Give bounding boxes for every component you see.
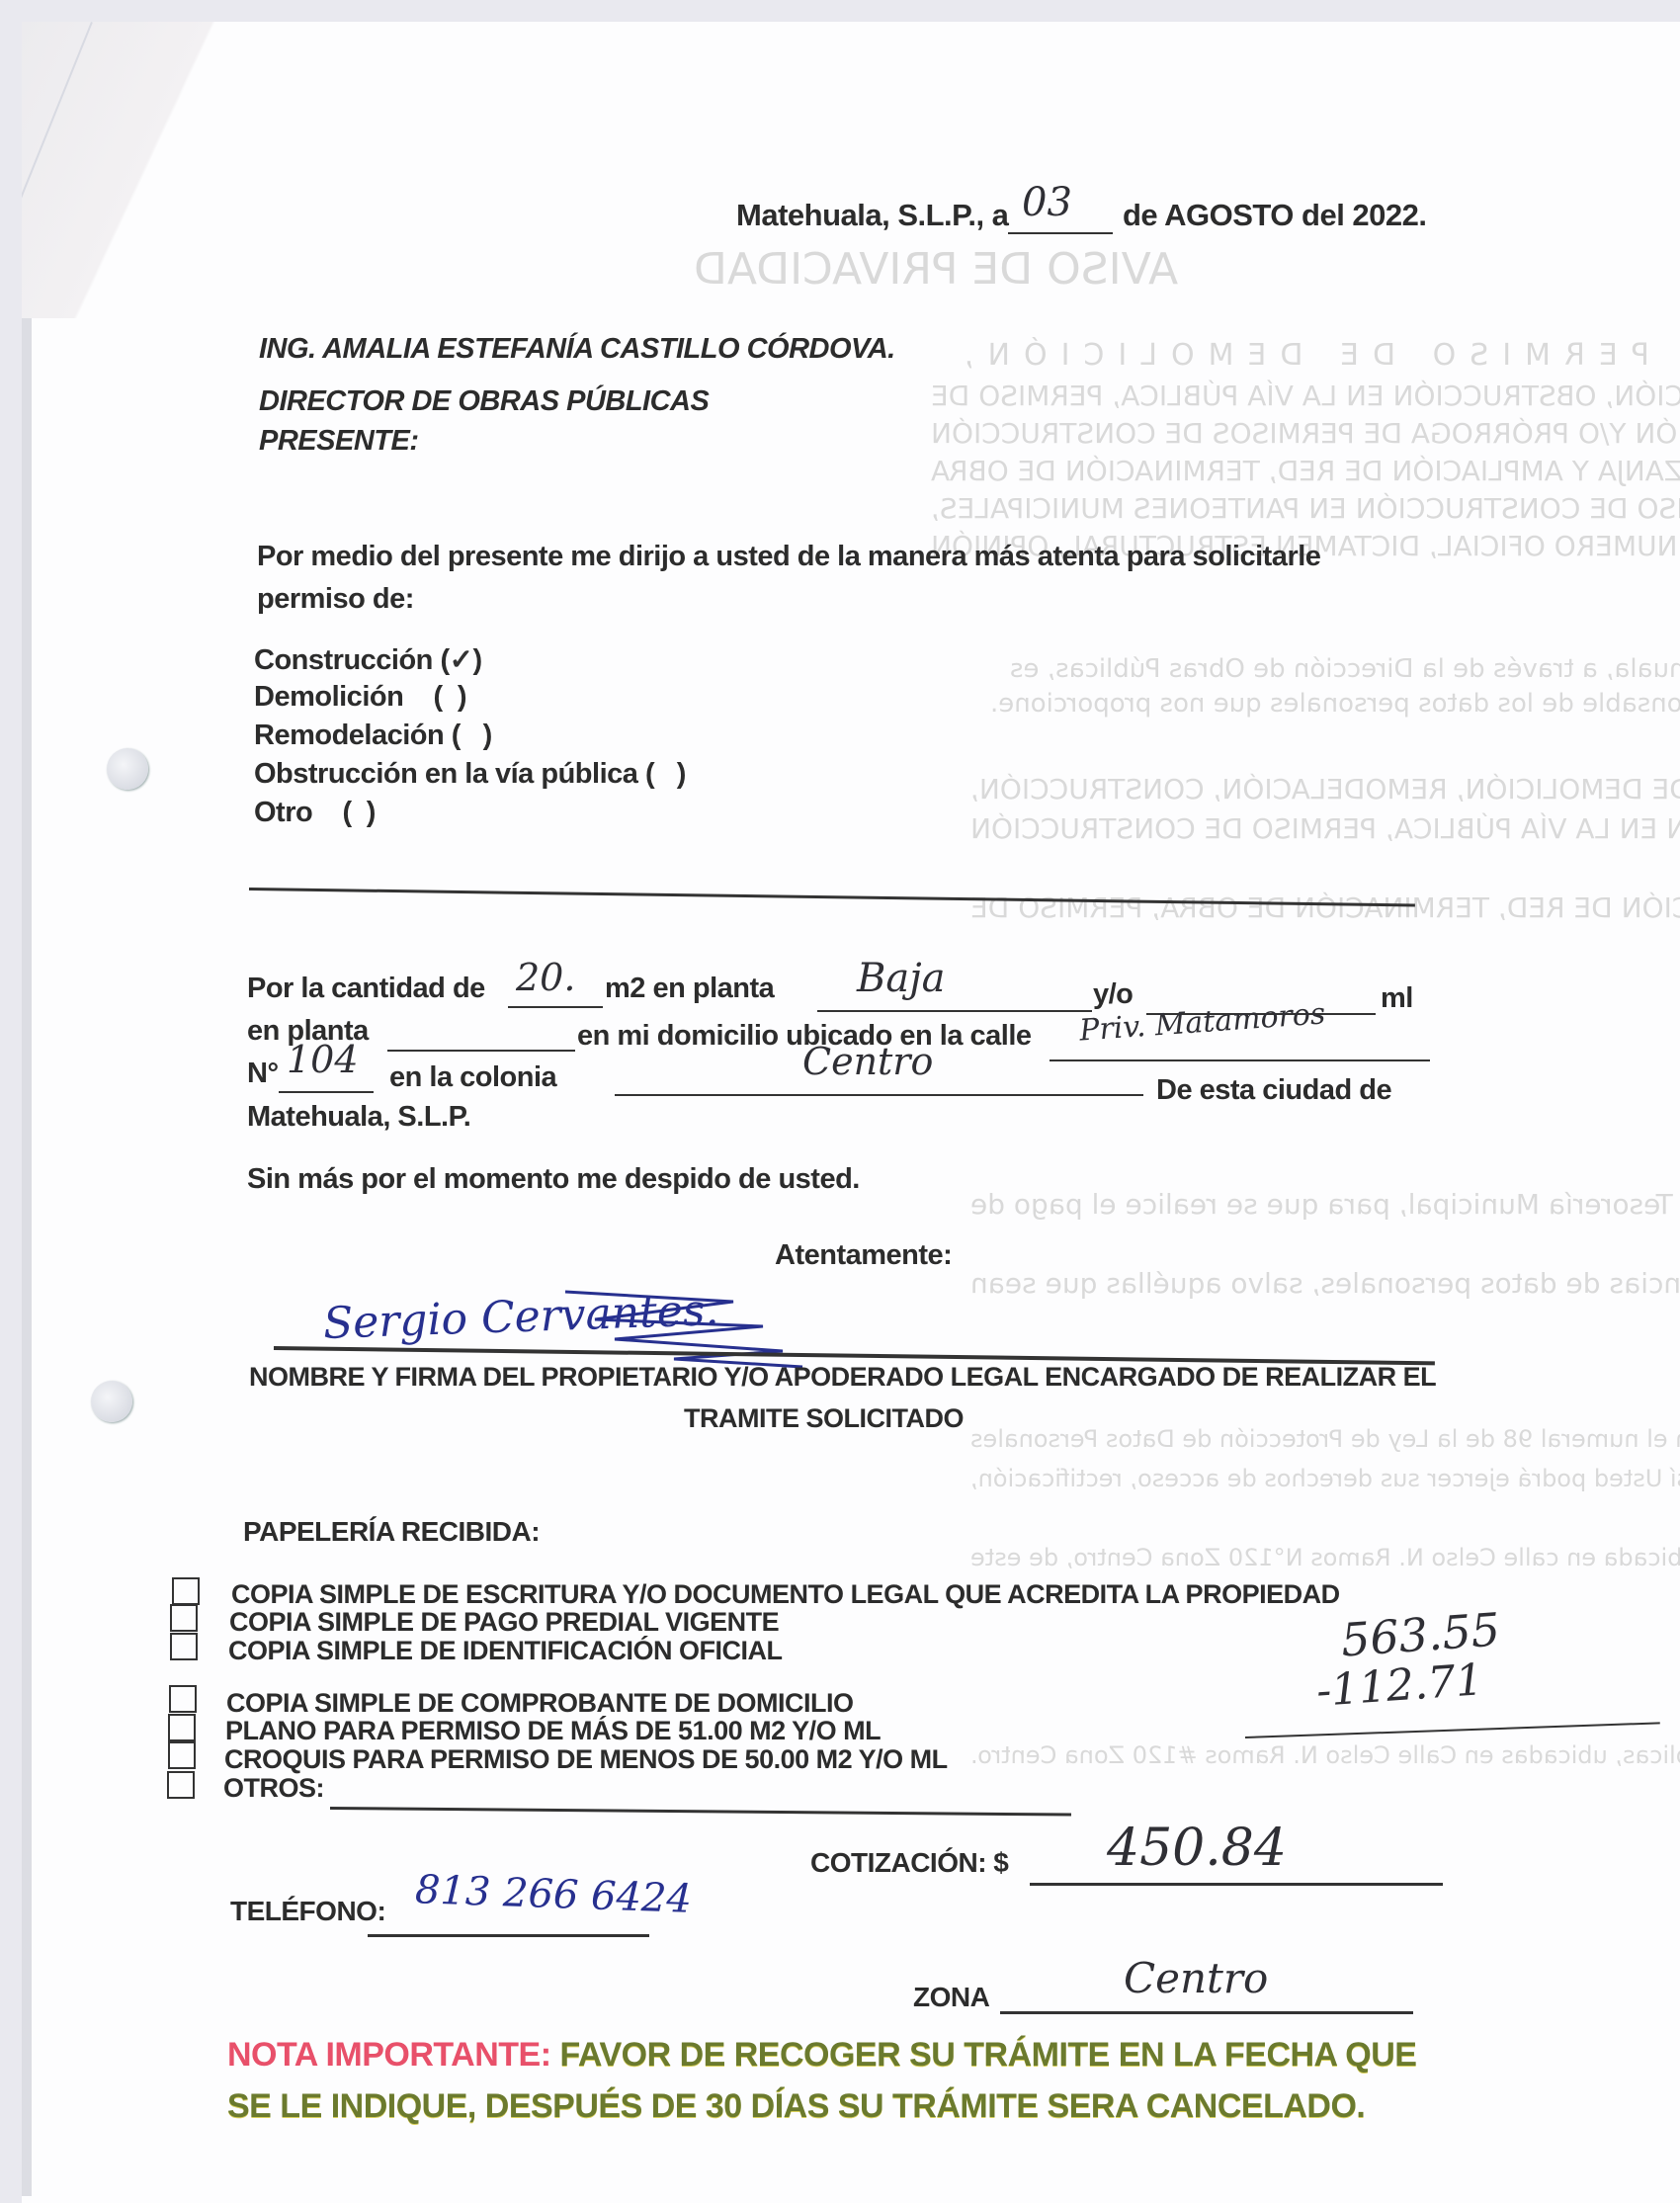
doc-checkbox-domicilio[interactable]: [169, 1685, 197, 1713]
regards-text: Atentamente:: [775, 1239, 952, 1272]
doc-label-predial: COPIA SIMPLE DE PAGO PREDIAL VIGENTE: [229, 1607, 779, 1638]
doc-label-escritura: COPIA SIMPLE DE ESCRITURA Y/O DOCUMENTO …: [231, 1579, 1340, 1610]
doc-checkbox-plano[interactable]: [168, 1714, 196, 1741]
quote-underline: [1030, 1883, 1443, 1886]
bleed-through-text: ZANJA Y AMPLIACIÓN DE RED, TERMINACIÓN D…: [970, 891, 1680, 924]
punch-hole-icon: [107, 748, 148, 790]
intro-line-2: permiso de:: [257, 583, 414, 616]
doc-checkbox-predial[interactable]: [170, 1604, 198, 1632]
bleed-through-text: El Municipio de Matehuala, a través de l…: [1010, 654, 1680, 684]
bleed-through-text: CONSTRUCCIÓN Y/O PRÓRROGA DE PERMISOS DE…: [931, 417, 1680, 450]
quantity-label: Por la cantidad de: [247, 973, 485, 1005]
date-day-value[interactable]: 03: [1022, 180, 1072, 225]
zone-value[interactable]: Centro: [1124, 1954, 1268, 2002]
permit-option-otro[interactable]: Otro ( ): [254, 797, 376, 829]
number-value[interactable]: 104: [287, 1038, 359, 1081]
date-prefix: Matehuala, S.L.P., a: [736, 198, 1008, 233]
permit-option-construccion[interactable]: Construcción (✓): [254, 642, 482, 677]
bleed-through-text: Obras Públicas, ubicadas en Calle Celso …: [970, 1741, 1680, 1769]
doc-label-identificacion: COPIA SIMPLE DE IDENTIFICACIÓN OFICIAL: [228, 1636, 783, 1666]
bleed-through-text: PERMISO DE CONSTRUCCIÓN EN PANTEONES MUN…: [931, 492, 1680, 525]
farewell-text: Sin más por el momento me despido de ust…: [247, 1163, 860, 1196]
phone-value[interactable]: 813 266 6424: [414, 1867, 692, 1922]
important-note-line-2: SE LE INDIQUE, DESPUÉS DE 30 DÍAS SU TRÁ…: [227, 2087, 1365, 2126]
bleed-through-text: ser transferida a la Tesorería Municipal…: [970, 1188, 1680, 1221]
m2-label: m2 en planta: [605, 973, 774, 1005]
floor-value[interactable]: Baja: [857, 956, 946, 1001]
scanned-form-page: AVISO DE PRIVACIDAD PARA PERMISO DE DEMO…: [22, 22, 1680, 2203]
city-label: De esta ciudad de: [1156, 1074, 1391, 1107]
date-suffix: de AGOSTO del 2022.: [1123, 198, 1427, 233]
checkbox-paren[interactable]: ( ): [645, 758, 686, 790]
bleed-through-text: realizarán transferencias de datos perso…: [970, 1267, 1680, 1300]
bleed-through-text: del Estado de San Luis Potosí Usted podr…: [970, 1465, 1680, 1492]
checkbox-paren[interactable]: (✓): [440, 644, 481, 676]
note-label: NOTA IMPORTANTE:: [227, 2036, 551, 2074]
bleed-through-text: PARA PERMISO DE DEMOLICIÓN,: [951, 338, 1680, 373]
important-note-line-1: NOTA IMPORTANTE: FAVOR DE RECOGER SU TRÁ…: [227, 2036, 1416, 2075]
bleed-through-text: APERTURAS DE ZANJA Y AMPLIACIÓN DE RED, …: [931, 455, 1680, 487]
doc-label-plano: PLANO PARA PERMISO DE MÁS DE 51.00 M2 Y/…: [225, 1716, 881, 1746]
quote-label: COTIZACIÓN: $: [810, 1847, 1008, 1879]
calc-sum-line: [1245, 1722, 1660, 1738]
bleed-through-text: pudiendo ser de: DE DEMOLICIÓN, REMODELA…: [970, 773, 1680, 805]
city-value: Matehuala, S.L.P.: [247, 1101, 470, 1134]
quantity-value[interactable]: 20.: [516, 956, 575, 999]
documents-heading: PAPELERÍA RECIBIDA:: [243, 1516, 540, 1548]
bleed-through-text: CONSTRUCCIÓN, OBSTRUCCIÓN EN LA VÍA PÚBL…: [931, 380, 1680, 412]
doc-checkbox-croquis[interactable]: [168, 1741, 196, 1769]
checkbox-paren[interactable]: ( ): [320, 797, 376, 828]
ml-label: ml: [1381, 982, 1413, 1015]
note-text-1: FAVOR DE RECOGER SU TRÁMITE EN LA FECHA …: [560, 2036, 1417, 2074]
floor2-underline[interactable]: [387, 1050, 575, 1052]
signature-caption-2: TRAMITE SOLICITADO: [684, 1403, 964, 1434]
bleed-through-text: la responsable de los datos personales q…: [990, 689, 1680, 719]
number-underline: [279, 1091, 374, 1093]
folded-corner: [22, 22, 229, 318]
permit-option-obstruccion[interactable]: Obstrucción en la vía pública ( ): [254, 758, 686, 791]
quantity-underline: [508, 1006, 603, 1008]
colonia-value[interactable]: Centro: [802, 1040, 933, 1083]
bleed-through-text: Unidad de Transparencia ubicada en calle…: [970, 1544, 1680, 1571]
checkbox-paren[interactable]: ( ): [411, 681, 466, 713]
phone-underline: [368, 1934, 649, 1937]
colonia-label: en la colonia: [389, 1061, 556, 1094]
check-mark-icon: ✓: [450, 644, 473, 676]
bleed-through-text: De conformidad con el numeral 98 de la L…: [970, 1425, 1680, 1453]
phone-label: TELÉFONO:: [230, 1896, 385, 1927]
yo-label: y/o: [1093, 978, 1133, 1011]
street-underline: [1050, 1059, 1430, 1061]
checkbox-paren[interactable]: ( ): [452, 720, 492, 751]
quote-value[interactable]: 450.84: [1107, 1819, 1287, 1878]
signature-caption-1: NOMBRE Y FIRMA DEL PROPIETARIO Y/O APODE…: [249, 1362, 1436, 1393]
doc-label-domicilio: COPIA SIMPLE DE COMPROBANTE DE DOMICILIO: [226, 1688, 854, 1719]
signature-scribble-icon: [555, 1282, 812, 1371]
otros-underline[interactable]: [330, 1807, 1071, 1817]
permit-option-remodelacion[interactable]: Remodelación ( ): [254, 720, 492, 752]
addressee-greeting: PRESENTE:: [259, 425, 418, 458]
punch-hole-icon: [91, 1381, 132, 1422]
doc-label-croquis: CROQUIS PARA PERMISO DE MENOS DE 50.00 M…: [224, 1744, 948, 1775]
doc-checkbox-otros[interactable]: [167, 1771, 195, 1799]
doc-label-otros: OTROS:: [223, 1773, 324, 1804]
permit-option-demolicion[interactable]: Demolición ( ): [254, 681, 466, 714]
date-day-underline: [1008, 232, 1113, 234]
number-label: N°: [247, 1058, 279, 1090]
doc-checkbox-identificacion[interactable]: [170, 1633, 198, 1660]
page-edge: [22, 318, 32, 2196]
colonia-underline: [615, 1094, 1143, 1096]
bleed-through-text: OBSTRUCCIÓN EN LA VÍA PÚBLICA, PERMISO D…: [970, 812, 1680, 845]
calc-amount-2: -112.71: [1314, 1654, 1484, 1717]
section-divider: [249, 888, 1415, 906]
zone-label: ZONA: [913, 1982, 989, 2013]
zone-underline: [1000, 2011, 1413, 2014]
floor-underline: [817, 1010, 1092, 1012]
doc-checkbox-escritura[interactable]: [172, 1577, 200, 1605]
addressee-name: ING. AMALIA ESTEFANÍA CASTILLO CÓRDOVA.: [259, 333, 895, 366]
intro-line-1: Por medio del presente me dirijo a usted…: [257, 541, 1320, 573]
addressee-title: DIRECTOR DE OBRAS PÚBLICAS: [259, 385, 709, 418]
bleed-through-text: AVISO DE PRIVACIDAD: [694, 244, 1178, 295]
